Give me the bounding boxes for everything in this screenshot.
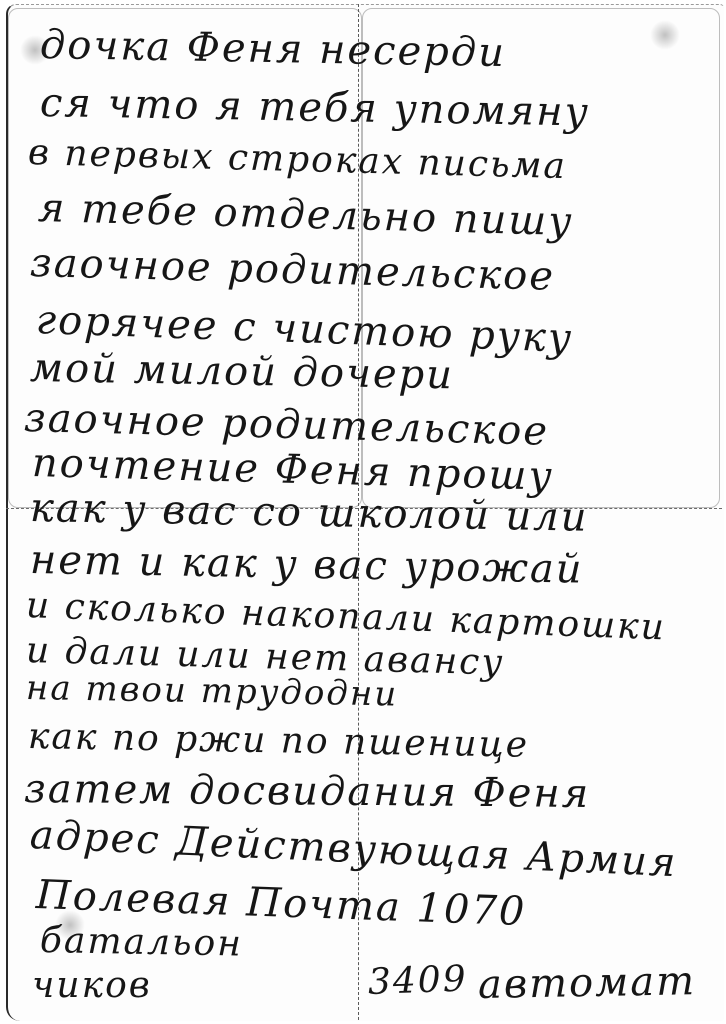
letter-line: затем досвидания Феня <box>24 766 591 817</box>
letter-line: батальон <box>40 920 244 965</box>
letter-line: чиков <box>32 965 152 1006</box>
scan-smudge <box>650 20 680 50</box>
letter-line: как по ржи по пшенице <box>28 716 530 766</box>
letter-line: нет и как у вас урожай <box>30 537 584 593</box>
letter-line: автомат <box>478 958 697 1008</box>
letter-line: дочка Феня несерди <box>40 22 507 76</box>
letter-line: 3409 <box>367 959 468 1003</box>
letter-line: ся что я тебя упомяну <box>40 80 591 136</box>
letter-line: мой милой дочери <box>30 345 455 398</box>
letter-line: на твои трудодни <box>26 668 399 714</box>
letter-line: как у вас со школой или <box>30 485 589 541</box>
